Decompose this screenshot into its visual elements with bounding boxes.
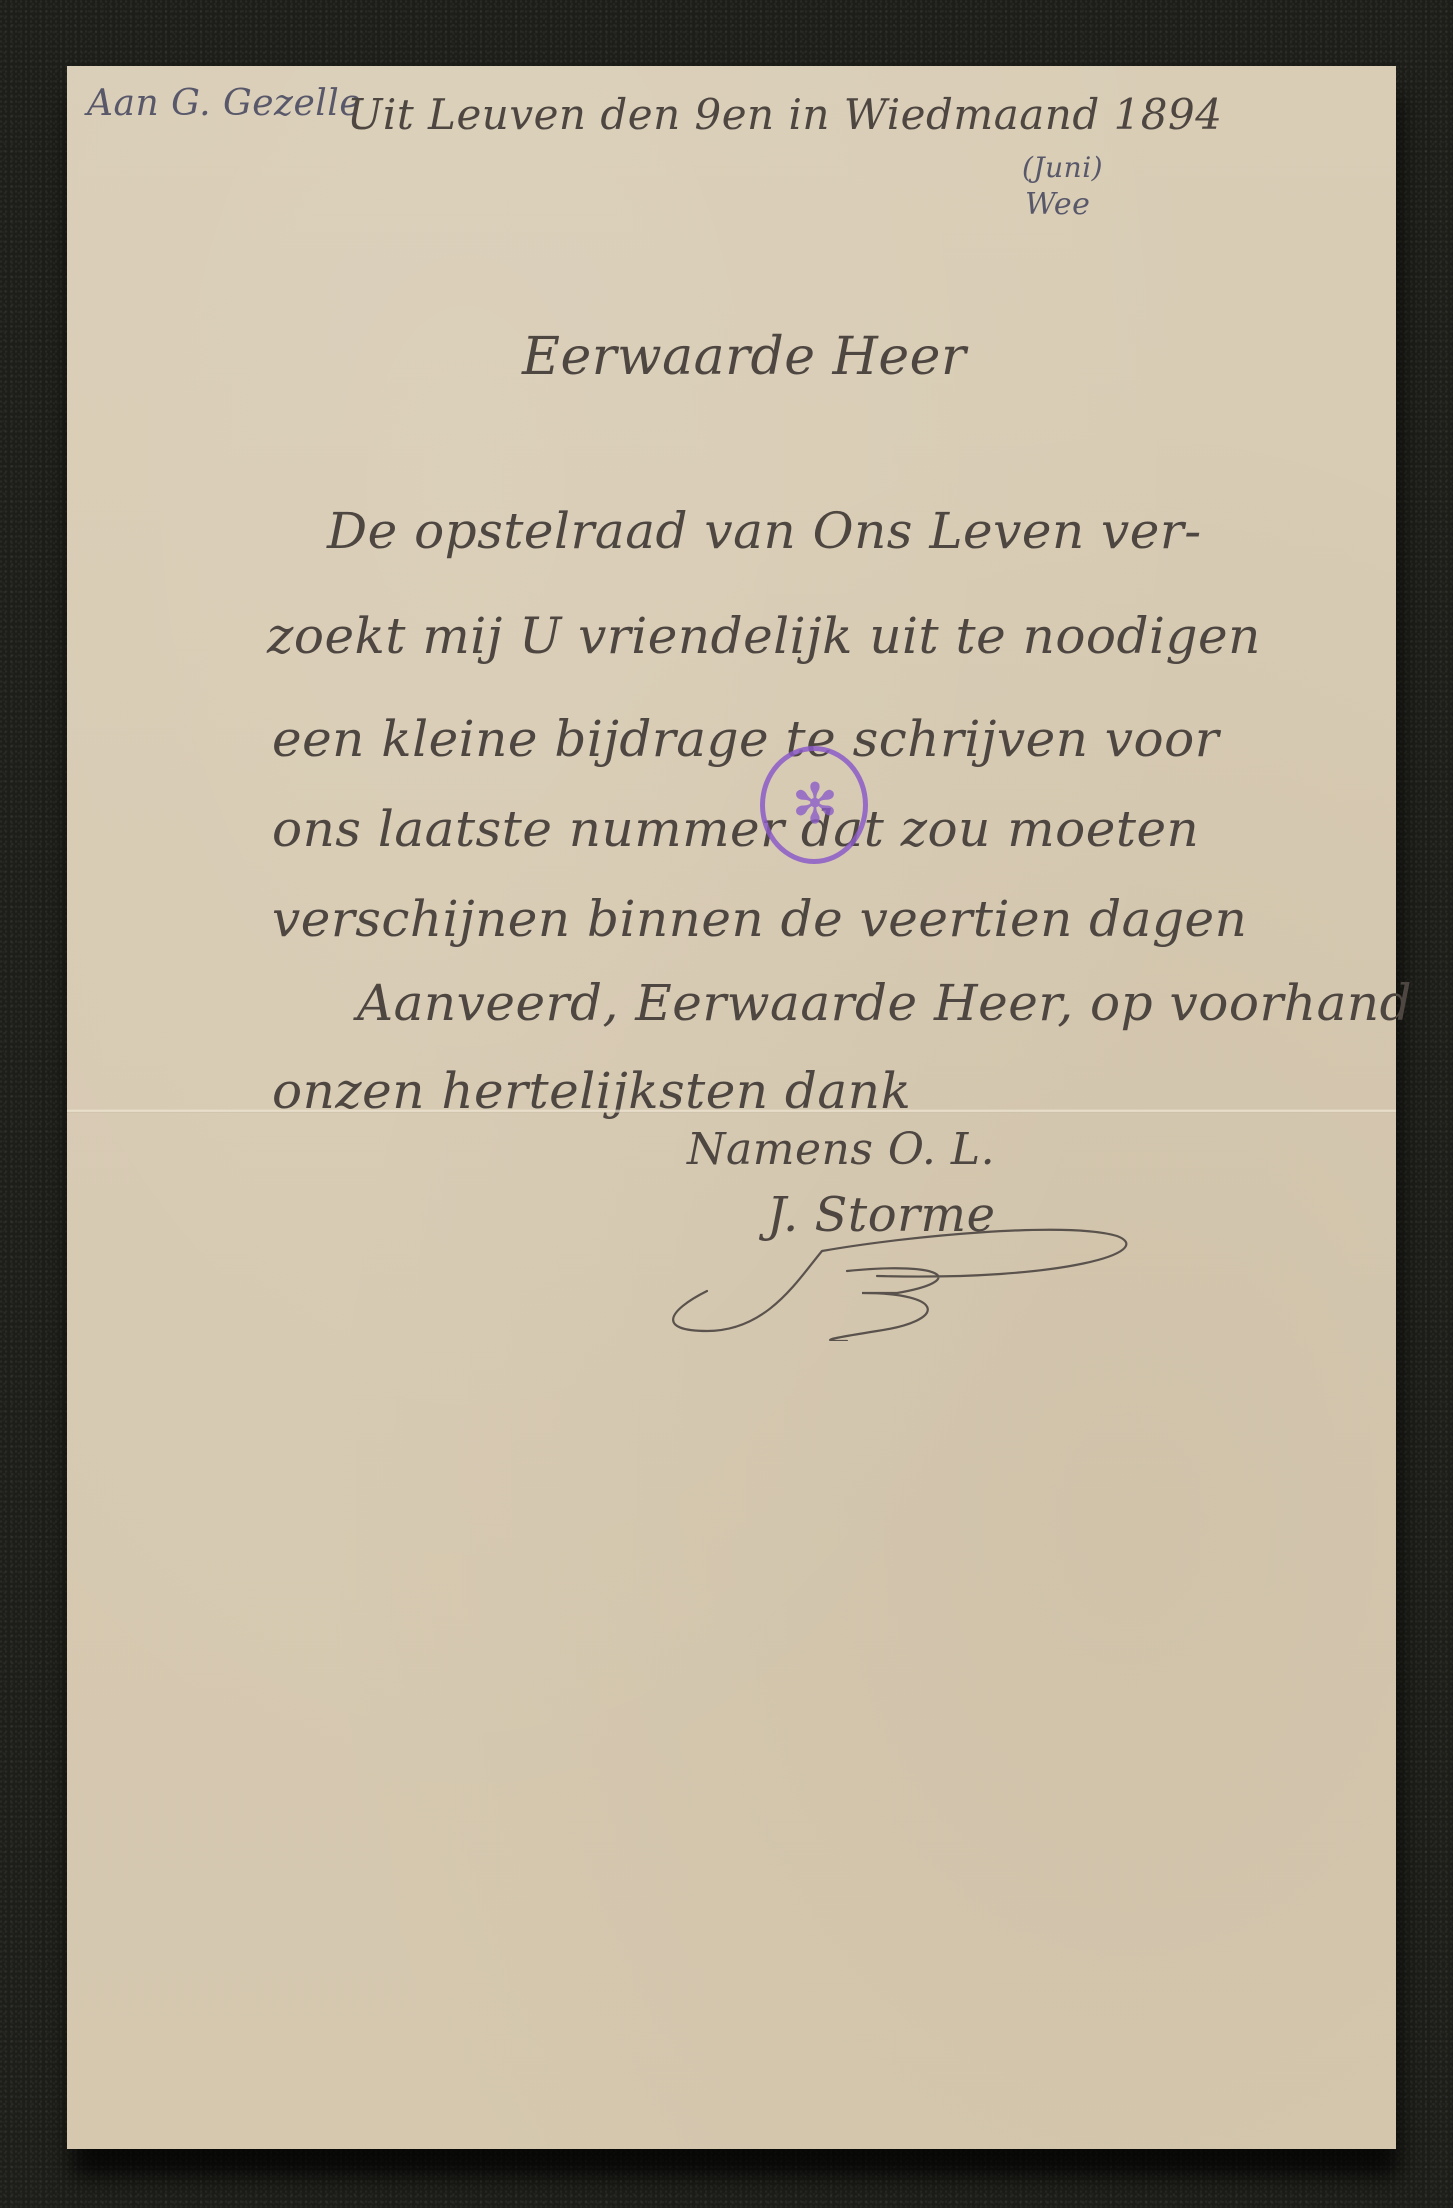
letter-page: Aan G. Gezelle Uit Leuven den 9en in Wie… bbox=[67, 66, 1396, 2149]
body-line: een kleine bijdrage te schrijven voor bbox=[272, 714, 1219, 764]
place-date-heading: Uit Leuven den 9en in Wiedmaand 1894 bbox=[347, 94, 1222, 136]
body-line: De opstelraad van Ons Leven ver- bbox=[327, 506, 1202, 556]
body-line: zoekt mij U vriendelijk uit te noodigen bbox=[267, 611, 1261, 661]
purple-ink-stamp: ✻ bbox=[760, 746, 868, 864]
month-annotation: (Juni) bbox=[1022, 154, 1103, 182]
body-line: ons laatste nummer dat zou moeten bbox=[272, 804, 1199, 854]
salutation: Eerwaarde Heer bbox=[522, 331, 966, 383]
month-annotation-secondary: Wee bbox=[1025, 190, 1090, 220]
stamp-emblem-icon: ✻ bbox=[781, 769, 849, 841]
signature-flourish-icon bbox=[647, 1181, 1147, 1341]
body-line: Aanveerd, Eerwaarde Heer, op voorhand bbox=[357, 978, 1412, 1028]
recipient-annotation: Aan G. Gezelle bbox=[87, 86, 361, 122]
closing-line: Namens O. L. bbox=[687, 1128, 995, 1172]
body-line: verschijnen binnen de veertien dagen bbox=[272, 894, 1247, 944]
paper-fold-line bbox=[67, 1109, 1396, 1113]
